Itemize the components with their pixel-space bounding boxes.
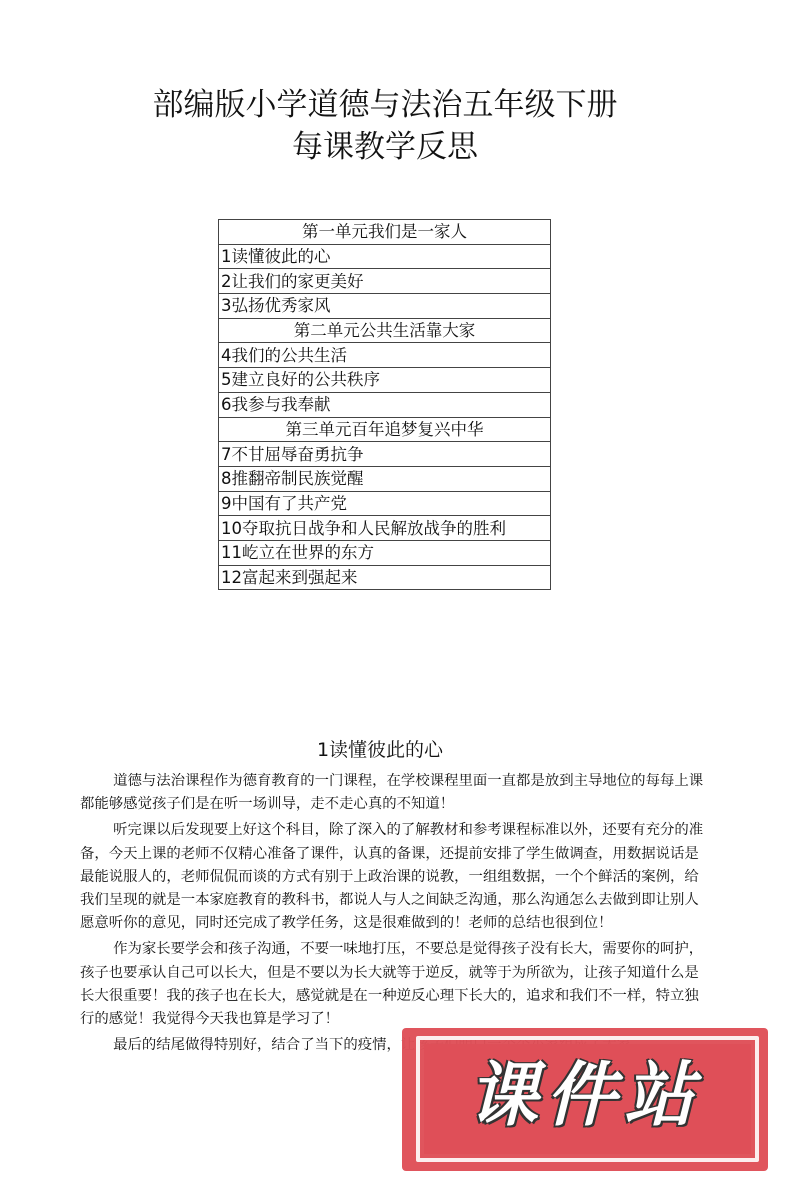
toc-lesson-row: 7不甘屈辱奋勇抗争: [219, 442, 551, 467]
lesson-title: 6我参与我奉献: [219, 392, 551, 417]
unit-title: 第二单元公共生活靠大家: [219, 318, 551, 343]
lesson-title: 10夺取抗日战争和人民解放战争的胜利: [219, 516, 551, 541]
document-title: 部编版小学道德与法治五年级下册 每课教学反思: [0, 84, 770, 168]
toc-lesson-row: 5建立良好的公共秩序: [219, 368, 551, 393]
paragraph: 最后的结尾做得特别好，结合了当下的疫情，让孩子们明白一个个小家组成了大家。: [80, 1034, 712, 1057]
unit-title: 第一单元我们是一家人: [219, 220, 551, 245]
toc-lesson-row: 4我们的公共生活: [219, 343, 551, 368]
table-of-contents: 第一单元我们是一家人1读懂彼此的心2让我们的家更美好3弘扬优秀家风第二单元公共生…: [218, 219, 551, 590]
toc-lesson-row: 12富起来到强起来: [219, 565, 551, 590]
document-title-line1: 部编版小学道德与法治五年级下册: [0, 84, 770, 126]
toc-unit-row: 第三单元百年追梦复兴中华: [219, 417, 551, 442]
paragraph: 听完课以后发现要上好这个科目，除了深入的了解教材和参考课程标准以外，还要有充分的…: [80, 819, 712, 935]
paragraph: 道德与法治课程作为德育教育的一门课程，在学校课程里面一直都是放到主导地位的每每上…: [80, 770, 712, 816]
section-title: 1读懂彼此的心: [0, 736, 760, 764]
lesson-title: 7不甘屈辱奋勇抗争: [219, 442, 551, 467]
toc-unit-row: 第二单元公共生活靠大家: [219, 318, 551, 343]
lesson-title: 11屹立在世界的东方: [219, 540, 551, 565]
toc-lesson-row: 6我参与我奉献: [219, 392, 551, 417]
lesson-title: 9中国有了共产党: [219, 491, 551, 516]
lesson-title: 3弘扬优秀家风: [219, 294, 551, 319]
watermark-text: 课件站: [430, 1050, 740, 1140]
section-body: 道德与法治课程作为德育教育的一门课程，在学校课程里面一直都是放到主导地位的每每上…: [80, 770, 712, 1057]
lesson-title: 12富起来到强起来: [219, 565, 551, 590]
stamp-fill: [424, 1044, 751, 1154]
toc-lesson-row: 11屹立在世界的东方: [219, 540, 551, 565]
toc-lesson-row: 10夺取抗日战争和人民解放战争的胜利: [219, 516, 551, 541]
toc-lesson-row: 8推翻帝制民族觉醒: [219, 466, 551, 491]
lesson-title: 1读懂彼此的心: [219, 244, 551, 269]
lesson-title: 4我们的公共生活: [219, 343, 551, 368]
document-title-line2: 每课教学反思: [0, 126, 770, 168]
toc-unit-row: 第一单元我们是一家人: [219, 220, 551, 245]
toc-lesson-row: 9中国有了共产党: [219, 491, 551, 516]
lesson-title: 2让我们的家更美好: [219, 269, 551, 294]
lesson-title: 5建立良好的公共秩序: [219, 368, 551, 393]
unit-title: 第三单元百年追梦复兴中华: [219, 417, 551, 442]
toc-lesson-row: 3弘扬优秀家风: [219, 294, 551, 319]
paragraph: 作为家长要学会和孩子沟通，不要一味地打压，不要总是觉得孩子没有长大，需要你的呵护…: [80, 938, 712, 1031]
lesson-title: 8推翻帝制民族觉醒: [219, 466, 551, 491]
toc-lesson-row: 1读懂彼此的心: [219, 244, 551, 269]
toc-lesson-row: 2让我们的家更美好: [219, 269, 551, 294]
